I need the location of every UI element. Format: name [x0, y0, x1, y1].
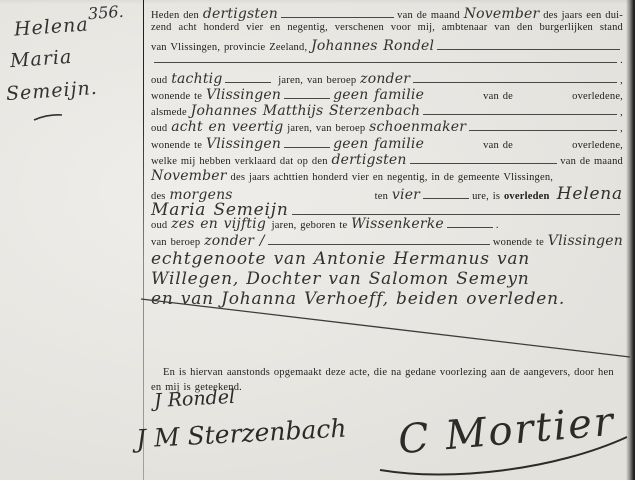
- fill-line: [268, 244, 490, 245]
- handwritten-text: dertigsten: [332, 152, 407, 168]
- printed-text: des jaars achttien honderd vier en negen…: [227, 172, 553, 183]
- printed-text: van de maand: [397, 10, 464, 21]
- form-line: echtgenoote van Antonie Hermanus van: [151, 249, 623, 269]
- form-line: zend acht honderd vier en negentig, vers…: [151, 22, 623, 38]
- signature-sterzenbach: J M Sterzenbach: [135, 414, 347, 454]
- printed-text: wonende te: [493, 237, 548, 248]
- fill-line: [284, 98, 330, 99]
- form-line: des morgensten vierure, is overleden Hel…: [151, 184, 623, 200]
- handwritten-text: acht en veertig: [171, 119, 283, 135]
- printed-text: alsmede: [151, 107, 191, 118]
- printed-text: overledene,: [572, 91, 623, 102]
- page-binding-edge-shadow: [626, 0, 635, 480]
- fill-line: [281, 17, 394, 18]
- margin-deceased-name-line: Semeijn.: [5, 77, 98, 105]
- form-line: oud tachtig jaren, van beroep zonder,: [151, 71, 623, 87]
- handwritten-text: Willegen, Dochter van Salomon Semeyn: [151, 269, 530, 289]
- act-number: 356.: [87, 2, 124, 23]
- form-line: en van Johanna Verhoeff, beiden overlede…: [151, 289, 623, 309]
- fill-line: [423, 114, 617, 115]
- printed-text: zend acht honderd vier en negentig, vers…: [151, 22, 623, 33]
- printed-text: van de: [483, 91, 513, 102]
- fill-line: [410, 163, 558, 164]
- handwritten-text: Johannes Rondel: [311, 38, 434, 54]
- printed-text: welke mij hebben verklaard dat op den: [151, 156, 332, 167]
- fill-line: [292, 214, 620, 215]
- fill-line: [225, 82, 271, 83]
- handwritten-text: en van Johanna Verhoeff, beiden overlede…: [151, 289, 565, 309]
- printed-text: .: [620, 55, 623, 66]
- form-line: oud acht en veertig jaren, van beroep sc…: [151, 119, 623, 135]
- printed-text: overleden: [504, 191, 550, 202]
- handwritten-text: dertigsten: [203, 6, 278, 22]
- printed-text: Heden den: [151, 10, 203, 21]
- fill-line: [154, 62, 617, 63]
- fill-line: [413, 82, 617, 83]
- handwritten-text: tachtig: [171, 71, 222, 87]
- handwritten-text: zonder /: [204, 233, 265, 249]
- printed-text: van beroep: [151, 237, 204, 248]
- printed-text: jaren, van beroep: [274, 75, 360, 86]
- form-line: oud zes en vijftig jaren, geboren te Wis…: [151, 216, 623, 232]
- form-line: van Vlissingen, provincie Zeeland, Johan…: [151, 38, 623, 54]
- handwritten-text: geen familie: [333, 136, 424, 152]
- handwritten-text: vier: [392, 187, 420, 203]
- handwritten-text: November: [151, 168, 227, 184]
- handwritten-text: Helena: [550, 184, 623, 204]
- printed-text: oud: [151, 75, 171, 86]
- printed-text: ten: [375, 191, 392, 202]
- printed-text: ,: [620, 75, 623, 86]
- handwritten-text: zes en vijftig: [171, 216, 271, 232]
- fill-line: [469, 130, 617, 131]
- margin-divider-rule: [143, 0, 144, 480]
- printed-text: wonende te: [151, 91, 206, 102]
- printed-text: des jaars een dui-: [539, 10, 623, 21]
- printed-text: overledene,: [572, 140, 623, 151]
- printed-text: jaren, van beroep: [283, 123, 369, 134]
- margin-name-underline-flourish: [34, 115, 62, 120]
- signature-mortier: C Mortier: [396, 399, 616, 464]
- fill-line: [423, 198, 469, 199]
- handwritten-text: schoenmaker: [369, 119, 466, 135]
- form-line: wonende te Vlissingengeen familievan deo…: [151, 87, 623, 103]
- handwritten-text: zonder: [360, 71, 410, 87]
- fill-line: [447, 227, 493, 228]
- printed-text: oud: [151, 220, 171, 231]
- printed-text: oud: [151, 123, 171, 134]
- handwritten-text: Johannes Matthijs Sterzenbach: [191, 103, 421, 119]
- form-line: wonende te Vlissingengeen familievan deo…: [151, 136, 623, 152]
- printed-text: van de: [483, 140, 513, 151]
- margin-deceased-name-line: Maria: [9, 46, 73, 72]
- fill-line: [437, 49, 620, 50]
- margin-deceased-name-line: Helena: [13, 13, 89, 40]
- handwritten-text: geen familie: [333, 87, 424, 103]
- handwritten-text: Vlissingen: [206, 136, 281, 152]
- form-line: alsmede Johannes Matthijs Sterzenbach,: [151, 103, 623, 119]
- printed-text: ,: [620, 107, 623, 118]
- printed-text: wonende te: [151, 140, 206, 151]
- form-line: November des jaars achttien honderd vier…: [151, 168, 623, 184]
- handwritten-text: Vlissingen: [206, 87, 281, 103]
- form-lines: Heden den dertigstenvan de maand Novembe…: [151, 6, 623, 309]
- handwritten-text: Vlissingen: [548, 233, 623, 249]
- printed-text: ure, is: [472, 191, 504, 202]
- form-line: Heden den dertigstenvan de maand Novembe…: [151, 6, 623, 22]
- printed-text: ,: [620, 123, 623, 134]
- form-line: .: [151, 55, 623, 71]
- printed-text: van de maand: [560, 156, 623, 167]
- form-line: van beroep zonder /wonende te Vlissingen: [151, 233, 623, 249]
- signature-rondel: J Rondel: [153, 386, 235, 412]
- form-line: welke mij hebben verklaard dat op den de…: [151, 152, 623, 168]
- printed-text: .: [496, 220, 499, 231]
- printed-text: van Vlissingen, provincie Zeeland,: [151, 42, 311, 53]
- handwritten-text: echtgenoote van Antonie Hermanus van: [151, 249, 530, 269]
- printed-text: jaren, geboren te: [272, 220, 351, 231]
- handwritten-text: Wissenkerke: [351, 216, 444, 232]
- handwritten-text: November: [464, 6, 540, 22]
- death-certificate-scan: 356. Helena Maria Semeijn. Heden den der…: [0, 0, 635, 480]
- fill-line: [284, 147, 330, 148]
- form-line: Willegen, Dochter van Salomon Semeyn: [151, 269, 623, 289]
